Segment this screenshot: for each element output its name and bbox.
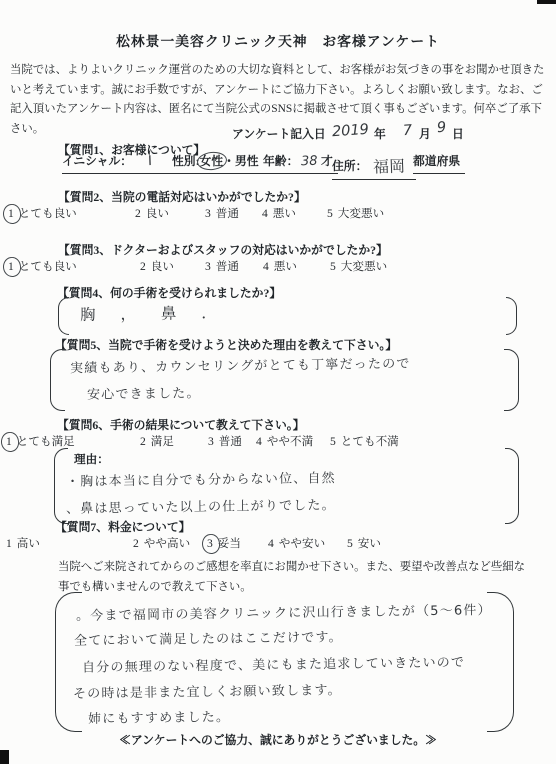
q3-option-5-num: 5 [330, 260, 336, 273]
q3-option-2: 2良い [140, 258, 174, 274]
q3-option-4: 4悪い [263, 258, 297, 274]
q7-option-2: 2やや高い [133, 535, 190, 551]
q7-option-4: 4やや安い [268, 535, 325, 551]
q7-option-4-num: 4 [268, 537, 274, 550]
q6-reason-label: 理由： [74, 451, 109, 467]
q2-option-5-label: 大変悪い [338, 207, 384, 220]
q6-option-4-num: 4 [256, 435, 262, 448]
q7-option-5-num: 5 [347, 537, 353, 550]
q6-reason-line2: 、鼻は思っていた以上の仕上がりでした。 [66, 494, 336, 517]
q7-option-4-label: やや安い [279, 537, 325, 550]
q3-option-1: 1とても良い [8, 258, 77, 274]
q6-option-2-label: 満足 [151, 435, 174, 448]
q7-option-3: 3妥当 [207, 535, 241, 551]
q2-option-4-num: 4 [262, 207, 268, 220]
q4-header: 【質問4、何の手術を受けられましたか?】 [57, 284, 281, 301]
q7-header: 【質問7、料金について】 [55, 518, 190, 535]
q7-option-2-label: やや高い [144, 537, 190, 550]
q7-option-2-num: 2 [133, 537, 139, 550]
footer-thanks: ≪アンケートへのご協力、誠にありがとうございました。≫ [0, 731, 556, 748]
q6-header: 【質問6、手術の結果について教えて下さい。】 [57, 416, 305, 433]
q2-option-5-num: 5 [327, 207, 333, 220]
q2-option-4-label: 悪い [273, 207, 296, 220]
q6-option-3: 3普通 [208, 433, 242, 449]
q3-option-4-label: 悪い [274, 260, 297, 273]
q3-option-1-label: とても良い [19, 260, 77, 273]
comments-line3: 自分の無理のない程度で、美にもまた追求していきたいので [82, 651, 465, 675]
gender-male-option: 男性 [235, 154, 259, 168]
q3-option-1-num: 1 [8, 260, 14, 273]
q7-option-1-num: 1 [6, 537, 12, 550]
comments-line1: 。今まで福岡市の美容クリニックに沢山行きましたが（5〜6件） [76, 599, 492, 624]
q7-option-1: 1高い [6, 535, 40, 551]
q6-option-2-num: 2 [140, 435, 146, 448]
date-day-value: 9 [436, 120, 446, 137]
date-row: アンケート記入日 2019 年 7 月 9 日 [0, 123, 556, 143]
q3-option-2-label: 良い [151, 260, 174, 273]
q7-option-5-label: 安い [358, 537, 381, 550]
q2-option-1-num: 1 [8, 207, 14, 220]
date-month-value: 7 [402, 123, 412, 140]
date-label: アンケート記入日 [232, 125, 326, 142]
q2-option-1-label: とても良い [19, 207, 77, 220]
q6-option-1-label: とても満足 [17, 435, 75, 448]
q6-option-5-label: とても不満 [341, 435, 399, 448]
q4-answer-handwriting: 胸 ， 鼻 ． [80, 301, 227, 325]
initial-value: I [132, 152, 173, 169]
survey-scan-page: 松林景一美容クリニック天神 お客様アンケート 当院では、よりよいクリニック運営の… [0, 0, 556, 764]
q2-option-3-num: 3 [205, 207, 211, 220]
q6-options-row: 1とても満足 2満足 3普通 4やや不満 5とても不満 [0, 433, 556, 451]
q3-option-2-num: 2 [140, 260, 146, 273]
q7-option-5: 5安い [347, 535, 381, 551]
gender-label: 性別: [172, 154, 200, 168]
q4-bracket-left [58, 297, 69, 335]
q6-bracket-right [505, 448, 519, 524]
initial-field: イニシャル：I [62, 152, 177, 174]
q2-options-row: 1とても良い 2良い 3普通 4悪い 5大変悪い [0, 205, 556, 223]
q6-option-1: 1とても満足 [6, 433, 75, 449]
age-field: 年齢：38才 [263, 152, 338, 174]
q6-option-4-label: やや不満 [267, 435, 313, 448]
address-label: 住所： [332, 159, 367, 173]
q3-option-5-label: 大変悪い [341, 260, 387, 273]
date-year-unit: 年 [374, 125, 386, 142]
q3-option-5: 5大変悪い [330, 258, 387, 274]
gender-female-option: 女性 [200, 154, 224, 168]
comments-prompt: 当院へご来院されてからのご感想を率直にお聞かせ下さい。また、要望や改善点など些細… [58, 558, 534, 597]
address-value: 福岡 [367, 153, 412, 178]
q3-option-4-num: 4 [263, 260, 269, 273]
page-title: 松林景一美容クリニック天神 お客様アンケート [0, 30, 556, 50]
q5-answer-line1: 実績もあり、カウンセリングがとても丁寧だったので [70, 353, 411, 377]
scan-artifact-bottom-left [0, 750, 9, 764]
q7-option-1-label: 高い [17, 537, 40, 550]
q2-option-5: 5大変悪い [327, 205, 384, 221]
q6-option-4: 4やや不満 [256, 433, 313, 449]
comments-line4: その時は是非また宜しくお願い致します。 [73, 679, 342, 702]
q2-option-2-num: 2 [135, 207, 141, 220]
q5-header: 【質問5、当院で手術を受けようと決めた理由を教えて下さい。】 [55, 336, 397, 353]
gender-field: 性別:女性・男性 [172, 152, 264, 174]
q5-bracket-right [504, 349, 519, 411]
q5-bracket-left [50, 349, 65, 411]
q2-option-2-label: 良い [146, 207, 169, 220]
date-year-value: 2019 [331, 122, 369, 141]
q6-option-5: 5とても不満 [330, 433, 399, 449]
q5-answer-line2: 安心できました。 [87, 382, 201, 403]
q6-option-2: 2満足 [140, 433, 174, 449]
q6-option-5-num: 5 [330, 435, 336, 448]
age-label: 年齢： [263, 154, 298, 168]
comments-line5: 姉にもすすめました。 [88, 706, 230, 727]
q2-option-4: 4悪い [262, 205, 296, 221]
address-suffix: 都道府県 [413, 152, 465, 174]
q3-options-row: 1とても良い 2良い 3普通 4悪い 5大変悪い [0, 258, 556, 276]
q7-options-row: 1高い 2やや高い 3妥当 4やや安い 5安い [0, 535, 556, 553]
q7-option-3-num: 3 [207, 537, 213, 550]
age-value: 38 [298, 154, 321, 170]
q3-header: 【質問3、ドクターおよびスタッフの対応はいかがでしたか?】 [58, 241, 388, 258]
q6-reason-line1: ・胸は本当に自分でも分からない位、自然 [66, 467, 336, 490]
age-unit: 才 [321, 154, 333, 168]
comments-line2: 全てにおいて満足したのはここだけです。 [74, 626, 343, 649]
q3-option-3: 3普通 [205, 258, 239, 274]
q6-option-1-num: 1 [6, 435, 12, 448]
q6-option-3-label: 普通 [219, 435, 242, 448]
q2-option-3-label: 普通 [216, 207, 239, 220]
q2-option-1: 1とても良い [8, 205, 77, 221]
q3-option-3-label: 普通 [216, 260, 239, 273]
q6-option-3-num: 3 [208, 435, 214, 448]
q4-bracket-right [506, 297, 517, 335]
q7-option-3-label: 妥当 [218, 537, 241, 550]
q1-fields-row: イニシャル：I 性別:女性・男性 年齢：38才 住所：福岡 都道府県 [0, 152, 556, 176]
q2-header: 【質問2、当院の電話対応はいかがでしたか?】 [58, 188, 306, 205]
q2-option-2: 2良い [135, 205, 169, 221]
date-month-unit: 月 [419, 125, 431, 142]
address-field: 住所：福岡 [332, 152, 416, 180]
q2-option-3: 3普通 [205, 205, 239, 221]
scan-artifact-top-right [537, 0, 556, 4]
initial-label: イニシャル： [62, 154, 132, 168]
date-day-unit: 日 [452, 125, 464, 142]
q3-option-3-num: 3 [205, 260, 211, 273]
